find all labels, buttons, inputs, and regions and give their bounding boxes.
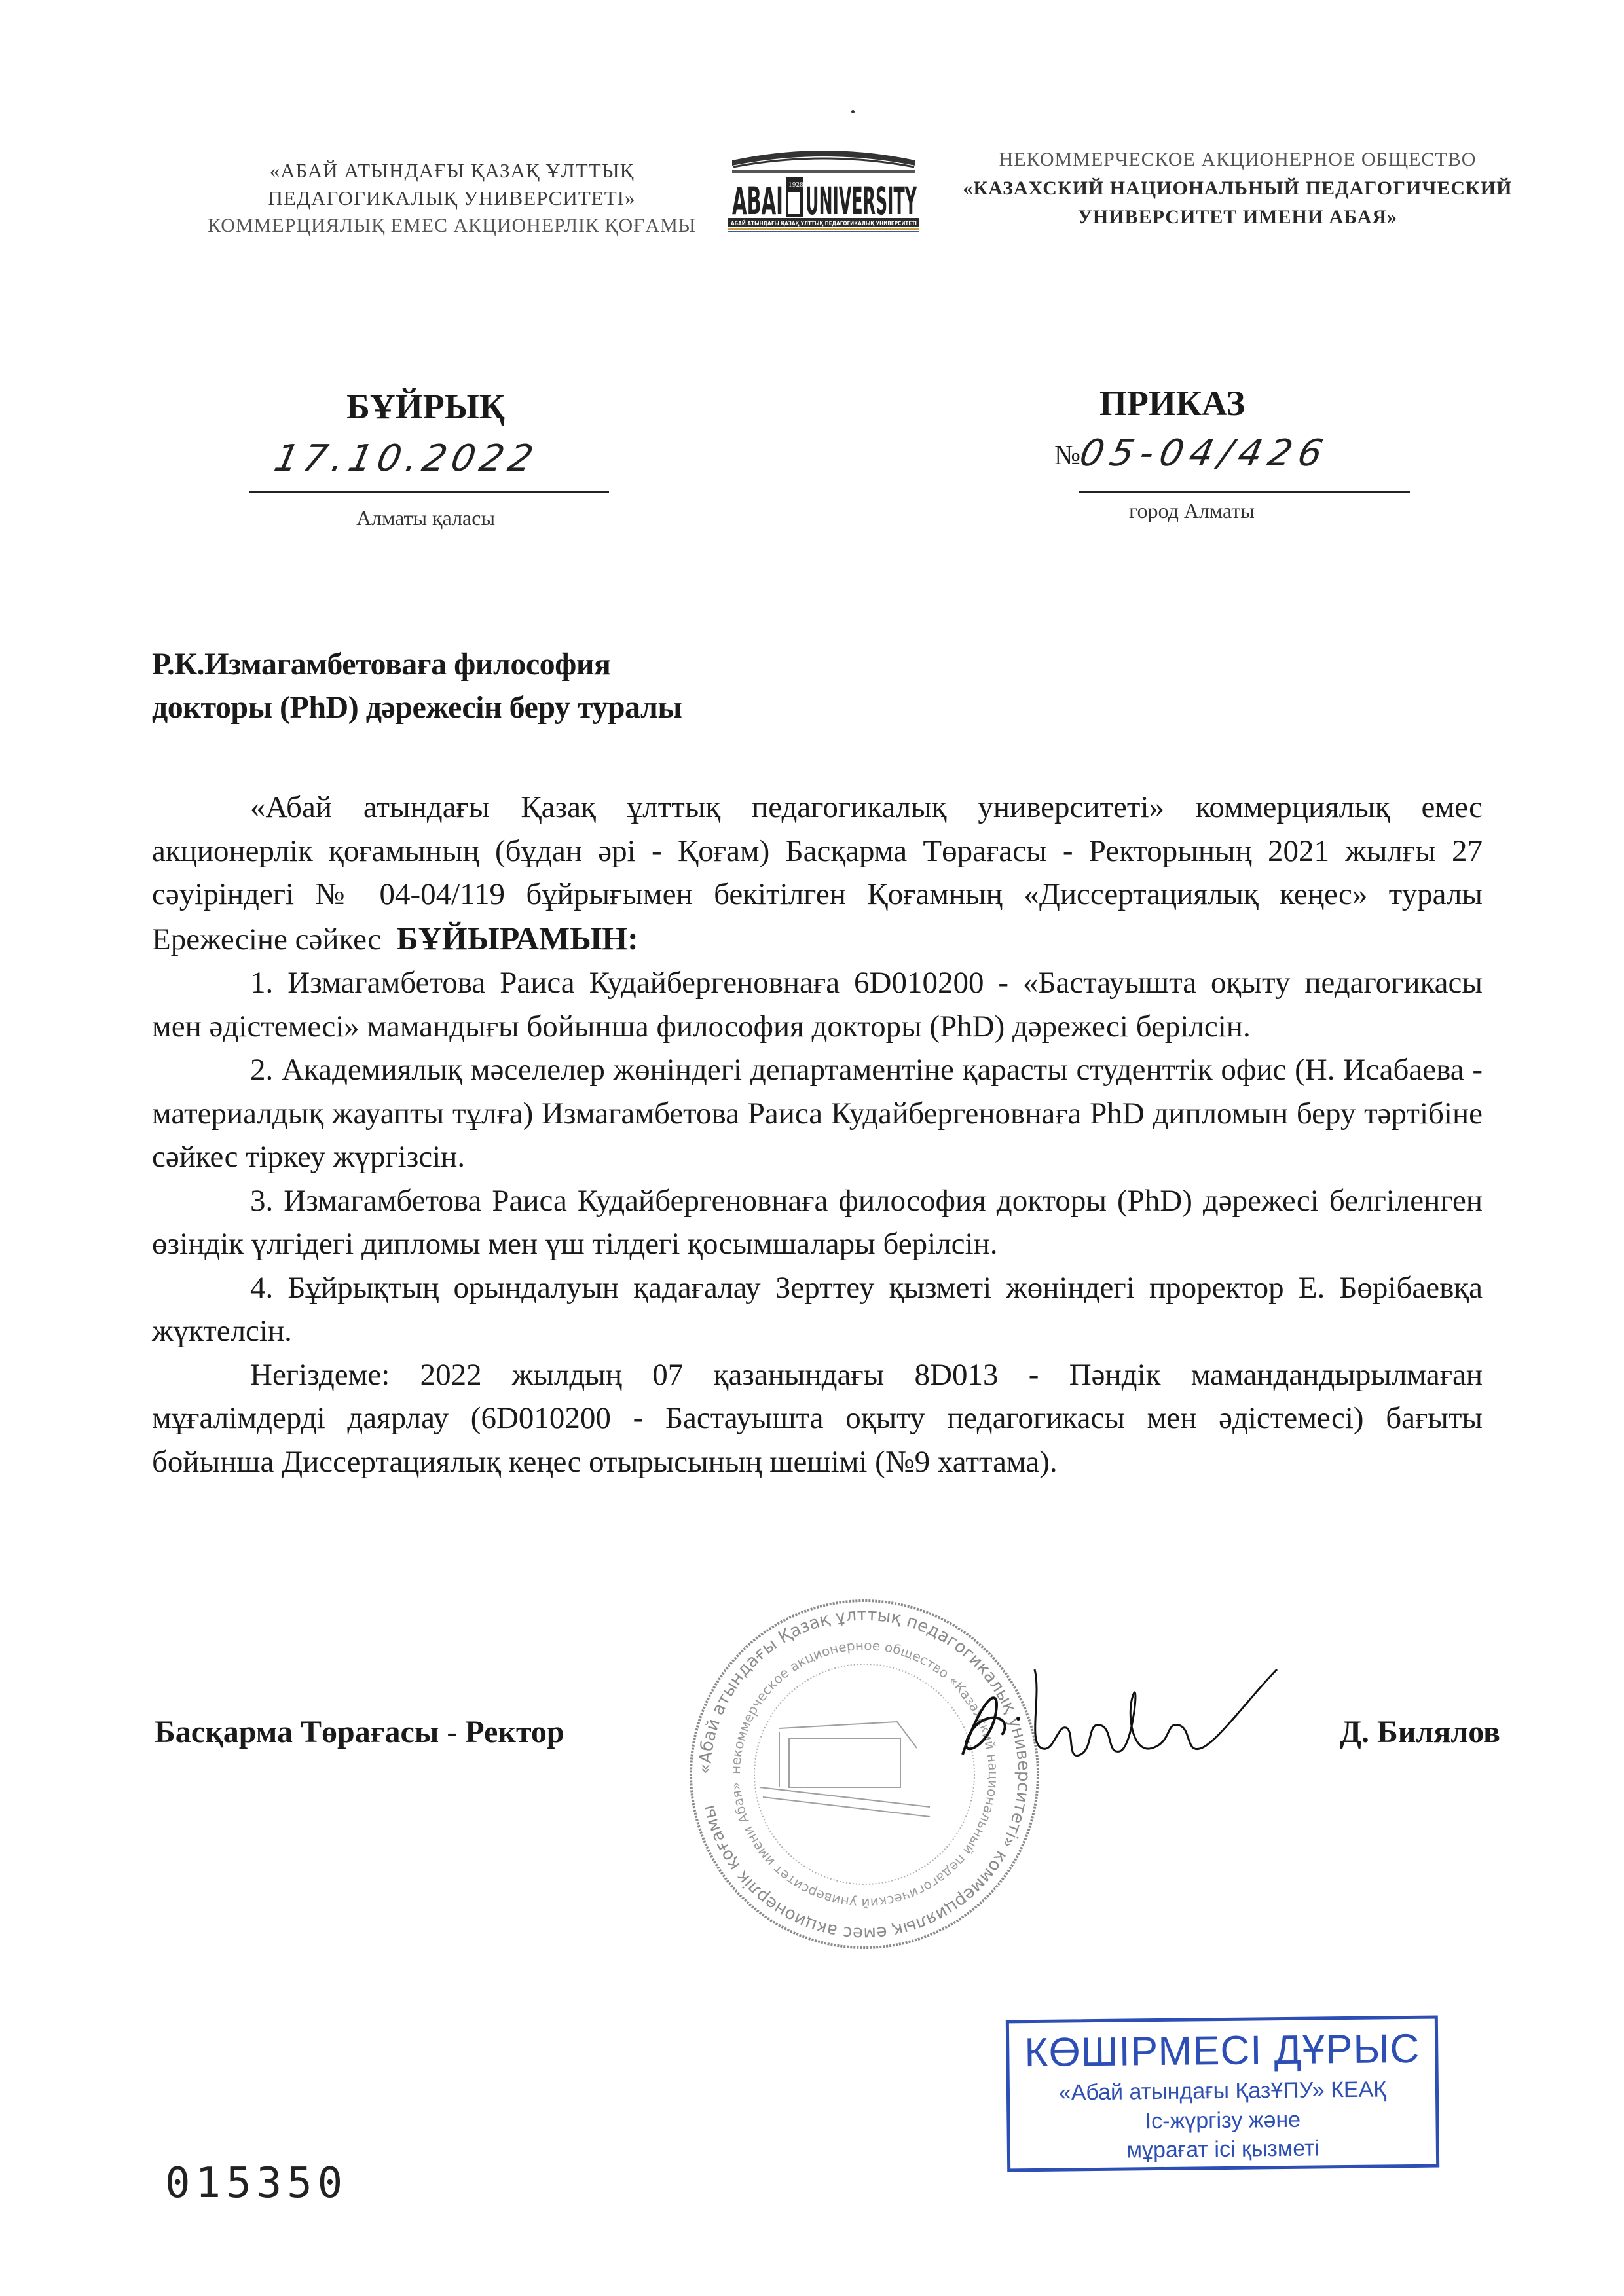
signatory-name: Д. Билялов [1340,1714,1500,1750]
university-building-icon: ABAI 1928 UNIVERSITY АБАЙ АТЫНДАҒЫ ҚАЗАҚ… [726,141,922,236]
copy-stamp-line2: «Абай атындағы ҚазҰПУ» КЕАҚ [1010,2074,1435,2109]
header-kz-line3: КОММЕРЦИЯЛЫҚ ЕМЕС АКЦИОНЕРЛІК ҚОҒАМЫ [196,212,707,240]
preamble-paragraph: «Абай атындағы Қазақ ұлттық педагогикалы… [152,786,1483,961]
order-item-2: 2. Академиялық мәселелер жөніндегі депар… [152,1048,1483,1179]
basis-paragraph: Негіздеме: 2022 жылдың 07 қазанындағы 8D… [152,1353,1483,1484]
svg-text:1928: 1928 [788,182,803,189]
order-item-3: 3. Измагамбетова Раиса Кудайбергеновнаға… [152,1179,1483,1266]
order-title-ru: ПРИКАЗ [1022,383,1323,424]
svg-text:UNIVERSITY: UNIVERSITY [805,179,917,223]
svg-text:АБАЙ АТЫНДАҒЫ ҚАЗАҚ ҰЛТТЫҚ ПЕД: АБАЙ АТЫНДАҒЫ ҚАЗАҚ ҰЛТТЫҚ ПЕДАГОГИКАЛЫҚ… [731,219,917,227]
scan-speck [851,110,855,113]
header-org-kz: «АБАЙ АТЫНДАҒЫ ҚАЗАҚ ҰЛТТЫҚ ПЕДАГОГИКАЛЫ… [196,157,707,240]
copy-stamp-line3: Іс-жүргізу және [1010,2104,1435,2138]
order-body: «Абай атындағы Қазақ ұлттық педагогикалы… [152,786,1483,1484]
city-kz: Алматы қаласы [282,506,570,530]
order-number-label: № [1054,440,1080,471]
header-kz-line2: ПЕДАГОГИКАЛЫҚ УНИВЕРСИТЕТІ» [196,185,707,212]
signatory-role: Басқарма Төрағасы - Ректор [155,1714,564,1750]
copy-stamp-line1: КӨШІРМЕСІ ДҰРЫС [1009,2024,1435,2079]
order-word: БҰЙЫРАМЫН: [397,920,638,957]
order-date: 17.10.2022 [270,437,581,480]
handwritten-signature [943,1656,1283,1787]
order-subject: Р.К.Измагамбетоваға философия докторы (P… [152,643,938,729]
serial-number: 015350 [165,2159,348,2208]
svg-text:ABAI: ABAI [732,179,783,223]
header-org-ru: НЕКОММЕРЧЕСКОЕ АКЦИОНЕРНОЕ ОБЩЕСТВО «КАЗ… [943,145,1532,232]
header-ru-line1: НЕКОММЕРЧЕСКОЕ АКЦИОНЕРНОЕ ОБЩЕСТВО [943,145,1532,174]
order-number: 05-04/426 [1076,432,1412,475]
order-title-kz: БҰЙРЫҚ [282,386,570,427]
header-ru-line3: УНИВЕРСИТЕТ ИМЕНИ АБАЯ» [943,203,1532,232]
header-ru-line2: «КАЗАХСКИЙ НАЦИОНАЛЬНЫЙ ПЕДАГОГИЧЕСКИЙ [943,174,1532,203]
order-item-1: 1. Измагамбетова Раиса Кудайбергеновнаға… [152,961,1483,1048]
copy-stamp-line4: мұрағат ісі қызметі [1010,2133,1436,2166]
order-item-4: 4. Бұйрықтың орындалуын қадағалау Зертте… [152,1266,1483,1353]
subject-line2: докторы (PhD) дәрежесін беру туралы [152,686,938,729]
subject-line1: Р.К.Измагамбетоваға философия [152,643,938,686]
header-kz-line1: «АБАЙ АТЫНДАҒЫ ҚАЗАҚ ҰЛТТЫҚ [196,157,707,185]
abai-university-logo: ABAI 1928 UNIVERSITY АБАЙ АТЫНДАҒЫ ҚАЗАҚ… [726,141,922,236]
preamble-text: «Абай атындағы Қазақ ұлттық педагогикалы… [152,790,1483,957]
signature-icon [943,1656,1283,1787]
city-ru: город Алматы [1061,499,1323,523]
certified-copy-stamp: КӨШІРМЕСІ ДҰРЫС «Абай атындағы ҚазҰПУ» К… [1006,2016,1439,2172]
